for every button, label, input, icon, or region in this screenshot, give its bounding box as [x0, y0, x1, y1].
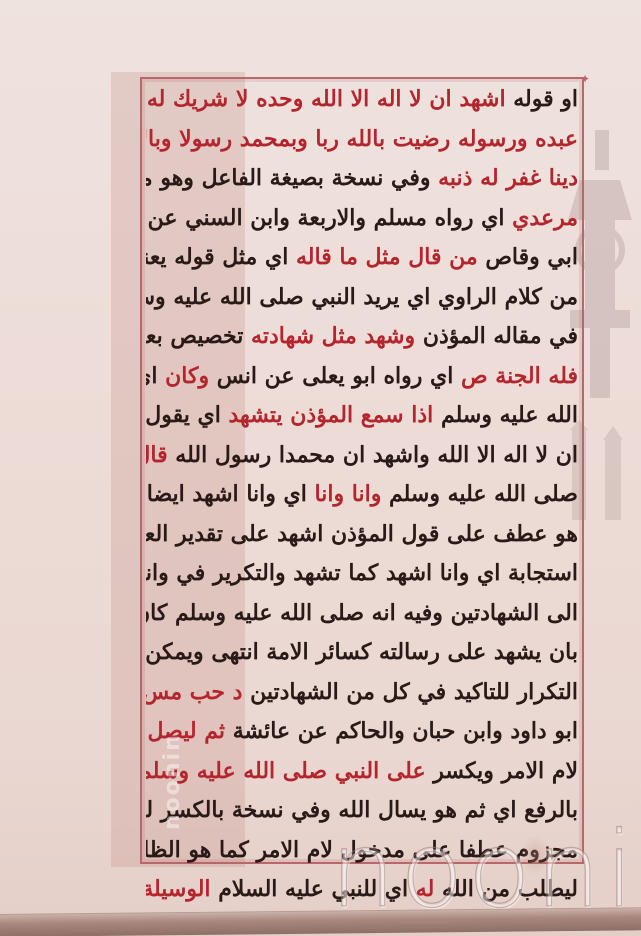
- rubricated-text: الوسيلة: [146, 876, 211, 902]
- manuscript-line: الى الشهادتين وفيه انه صلى الله عليه وسل…: [146, 594, 578, 634]
- commentary-text: صلى الله عليه وسلم: [381, 481, 578, 507]
- manuscript-line: ان لا اله الا الله واشهد ان محمدا رسول ا…: [146, 436, 578, 476]
- manuscript-line: استجابة اي وانا اشهد كما تشهد والتكرير ف…: [146, 554, 578, 594]
- page-bottom-edge: [0, 907, 641, 936]
- rubricated-text: اشهد ان لا اله الا الله وحده لا شريك له …: [146, 86, 506, 112]
- manuscript-line: صلى الله عليه وسلم وانا وانا اي وانا اشه…: [146, 475, 578, 515]
- commentary-text: بان يشهد على رسالته كسائر الامة انتهى وي…: [146, 639, 578, 665]
- commentary-text: اي النبي صلى: [146, 363, 157, 389]
- rubricated-text: قال: [146, 442, 168, 468]
- manuscript-line: التكرار للتاكيد في كل من الشهادتين د حب …: [146, 673, 578, 713]
- commentary-text: ان لا اله الا الله واشهد ان محمدا رسول ا…: [168, 442, 578, 468]
- commentary-text: وفي نسخة بصيغة الفاعل وهو معلوم: [146, 165, 430, 191]
- commentary-text: ابو داود وابن حبان والحاكم عن عائشة: [225, 718, 578, 744]
- manuscript-line: الله عليه وسلم اذا سمع المؤذن يتشهد اي ي…: [146, 396, 578, 436]
- manuscript-line: مرعدي اي رواه مسلم والاربعة وابن السني ع…: [146, 199, 578, 239]
- embossed-watermark: noonin: [330, 818, 641, 922]
- manuscript-line: فله الجنة ص اي رواه ابو يعلى عن انس وكان…: [146, 357, 578, 397]
- commentary-text: الى الشهادتين وفيه انه صلى الله عليه وسل…: [146, 600, 578, 626]
- commentary-text: اي يقول اشهد: [146, 402, 221, 428]
- manuscript-line: عبده ورسوله رضيت بالله ربا وبمحمد رسولا …: [146, 120, 578, 160]
- commentary-text: ابي وقاص: [478, 244, 578, 270]
- manuscript-line: ابو داود وابن حبان والحاكم عن عائشة ثم ل…: [146, 712, 578, 752]
- rubricated-text: مرعدي: [505, 205, 578, 231]
- commentary-text: او قوله: [506, 86, 578, 112]
- rubricated-text: دينا غفر له ذنبه: [430, 165, 578, 191]
- frame-corner-ornament-icon: ✦: [578, 72, 592, 86]
- rubricated-text: عبده ورسوله رضيت بالله ربا وبمحمد رسولا …: [146, 126, 578, 152]
- manuscript-line: من كلام الراوي اي يريد النبي صلى الله عل…: [146, 278, 578, 318]
- manuscript-line: بان يشهد على رسالته كسائر الامة انتهى وي…: [146, 633, 578, 673]
- manuscript-text: او قوله اشهد ان لا اله الا الله وحده لا …: [146, 80, 578, 910]
- commentary-text: استجابة اي وانا اشهد كما تشهد والتكرير ف…: [146, 560, 578, 586]
- manuscript-page: ✦ او قوله اشهد ان لا اله الا الله وحده ل…: [0, 0, 641, 936]
- commentary-text: اي رواه ابو يعلى عن انس: [209, 363, 453, 389]
- rubricated-text: وشهد مثل شهادته: [243, 323, 415, 349]
- manuscript-line: في مقاله المؤذن وشهد مثل شهادته تخصيص بع…: [146, 317, 578, 357]
- manuscript-line: ابي وقاص من قال مثل ما قاله اي مثل قوله …: [146, 238, 578, 278]
- manuscript-line: دينا غفر له ذنبه وفي نسخة بصيغة الفاعل و…: [146, 159, 578, 199]
- vertical-watermark: noonin: [160, 700, 200, 830]
- manuscript-line: هو عطف على قول المؤذن اشهد على تقدير الع…: [146, 515, 578, 555]
- commentary-text: تخصيص بعد تعميم: [146, 323, 243, 349]
- manuscript-line: او قوله اشهد ان لا اله الا الله وحده لا …: [146, 80, 578, 120]
- commentary-text: من كلام الراوي اي يريد النبي صلى الله عل…: [146, 284, 578, 310]
- manuscript-line: لام الامر ويكسر على النبي صلى الله عليه …: [146, 752, 578, 792]
- commentary-text: في مقاله المؤذن: [415, 323, 578, 349]
- commentary-text: اي وانا اشهد ايضا قال ميرك: [146, 481, 307, 507]
- rubricated-text: من قال مثل ما قاله: [288, 244, 477, 270]
- rubricated-text: وكان: [157, 363, 209, 389]
- commentary-text: الله عليه وسلم: [433, 402, 578, 428]
- commentary-text: التكرار للتاكيد في كل من الشهادتين: [242, 679, 578, 705]
- commentary-text: اي رواه مسلم والاربعة وابن السني عن سعد …: [146, 205, 505, 231]
- commentary-text: لام الامر ويكسر: [426, 758, 578, 784]
- rubricated-text: وانا وانا: [307, 481, 381, 507]
- commentary-text: اي مثل قوله يعني المؤذن هذا: [146, 244, 288, 270]
- rubricated-text: اذا سمع المؤذن يتشهد: [221, 402, 433, 428]
- commentary-text: هو عطف على قول المؤذن اشهد على تقدير الع…: [146, 521, 578, 547]
- rubricated-text: فله الجنة ص: [453, 363, 578, 389]
